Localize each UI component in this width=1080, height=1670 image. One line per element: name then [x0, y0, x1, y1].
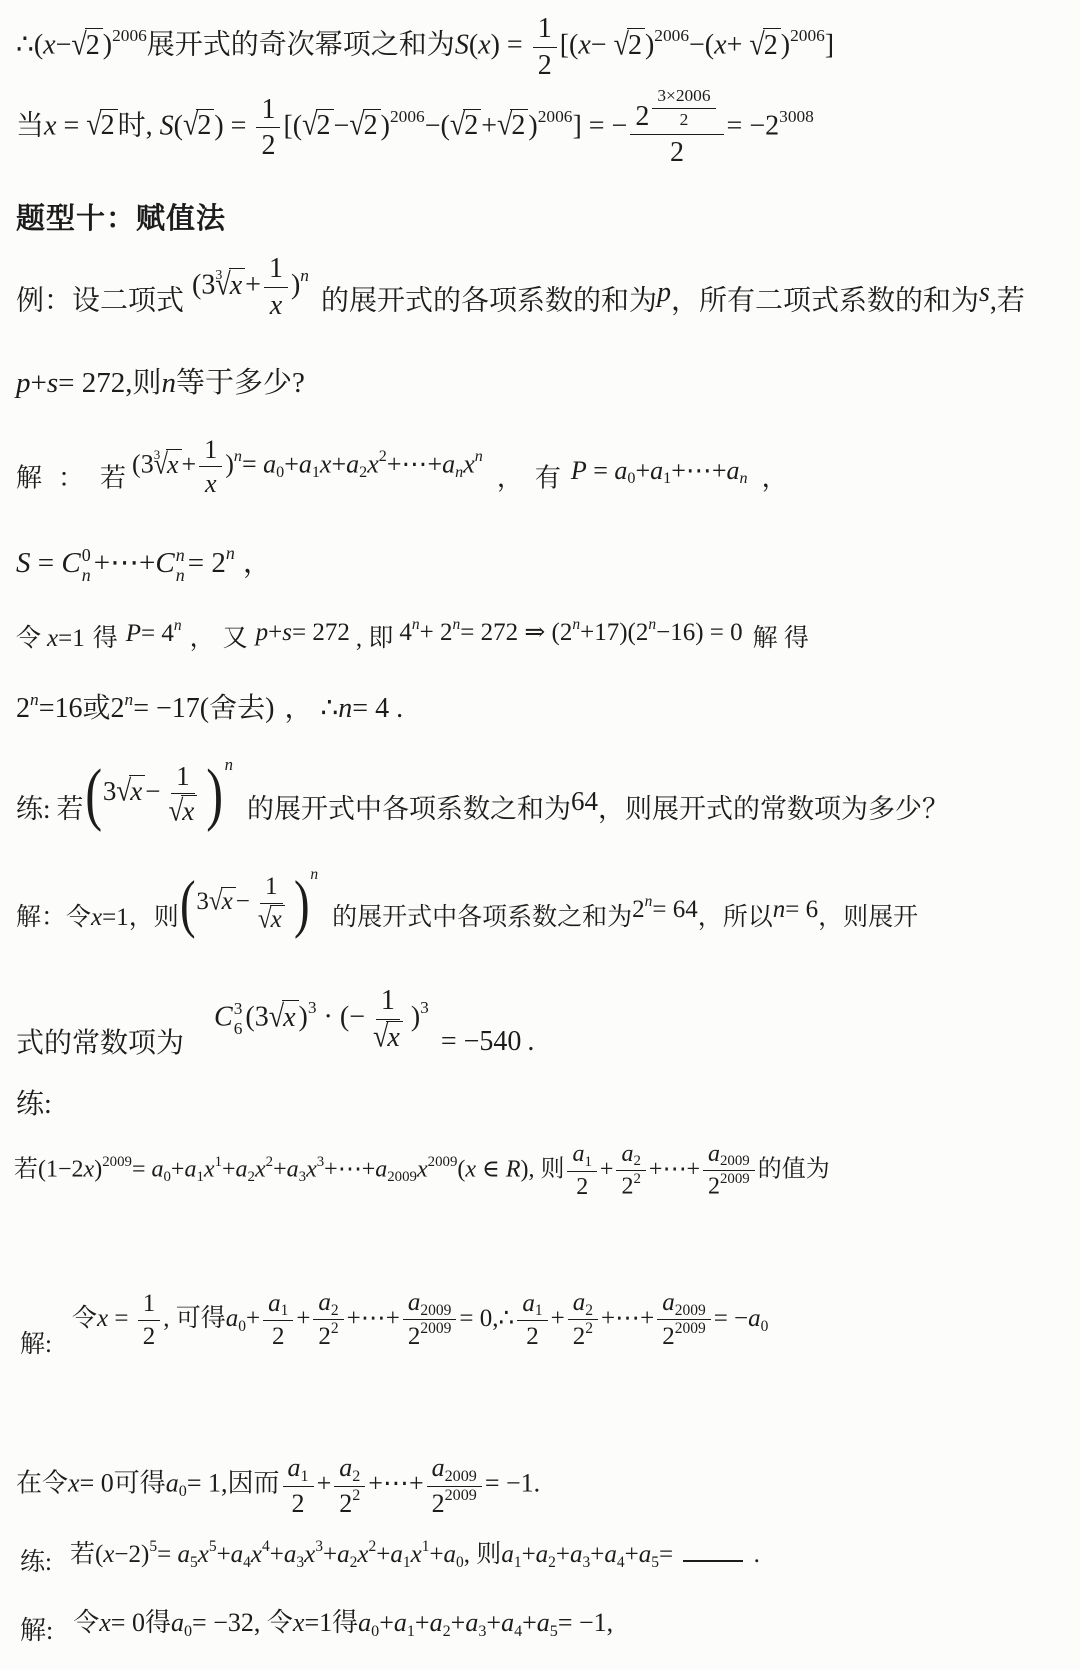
math-variable: a [522, 1290, 535, 1317]
superscript: 2 [331, 1321, 339, 1337]
math-run: 2 [86, 30, 100, 61]
math-run: = −1. [485, 1469, 540, 1498]
math-run: 3 [234, 999, 243, 1018]
math-variable: x [463, 450, 475, 479]
math-run: = [242, 450, 263, 479]
math-run: +⋯+ [368, 1469, 423, 1498]
math-variable: x [84, 1156, 95, 1182]
math-run: (3 [132, 450, 154, 479]
text-run: 因而 [227, 1469, 279, 1498]
subscript: 2 [585, 1303, 593, 1319]
math-run: ) [528, 110, 537, 141]
subscript: 1 [281, 1303, 289, 1319]
math-variable: x [68, 1469, 80, 1498]
text-run: ，所有二项式系数的和为 [671, 286, 979, 317]
radical: √2 [450, 109, 481, 142]
math-run: ) = [214, 110, 253, 141]
superscript: n [226, 544, 235, 562]
fraction: a200922009 [403, 1288, 457, 1352]
text-run: 当 [16, 110, 44, 141]
math-run: + [217, 1541, 231, 1568]
radical: √2 [349, 109, 380, 142]
radical: 3√x [215, 268, 245, 302]
subscript: 2 [331, 1303, 339, 1319]
text-run: ， [284, 693, 312, 724]
math-run: 1 [269, 253, 283, 284]
text-run: ， [497, 464, 523, 493]
math-variable: x [230, 270, 242, 301]
math-variable: n [648, 616, 656, 633]
text-run: 解 [16, 464, 42, 493]
math-variable: P [571, 456, 587, 485]
radical-sign: √ [269, 999, 284, 1035]
subscript: 1 [584, 1155, 591, 1170]
math-group: (33√x+1x)n [192, 252, 309, 322]
math-variable: a [287, 1156, 299, 1182]
subscript: 2009 [420, 1303, 451, 1319]
math-run: + [590, 1541, 604, 1568]
superscript: 3×20062 [649, 86, 718, 131]
radical: √x [373, 1021, 403, 1055]
math-run: +⋯+ [94, 547, 156, 579]
math-variable: n [234, 448, 242, 465]
math-run: 2 [101, 110, 115, 141]
math-run: 2 [670, 137, 684, 168]
radical-sign: √ [373, 1018, 388, 1056]
radical-index: 3 [215, 268, 222, 284]
math-variable: a [708, 1141, 720, 1167]
math-variable: a [614, 456, 627, 485]
subscript: 1 [196, 1170, 203, 1185]
radical-sign: √ [86, 108, 101, 144]
math-run: 2 [16, 693, 30, 724]
math-group: (3√x−1√x)n [84, 760, 233, 828]
line-substitute-sqrt2: 当x = √2时, S(√2) = 12[(√2−√2)2006−(√2+√2)… [16, 86, 814, 170]
math-run: + [551, 1305, 565, 1332]
math-run: ) [645, 30, 654, 61]
fraction: a222 [313, 1288, 343, 1352]
math-run: 2 [111, 693, 125, 724]
fraction: a200922009 [703, 1140, 755, 1202]
math-variable: x [387, 1022, 399, 1053]
math-run: 1 [381, 985, 395, 1016]
fraction: 1√x [253, 872, 290, 935]
math-variable: n [174, 617, 182, 634]
superscript: 2009 [720, 1172, 750, 1187]
math-variable: x [417, 1156, 428, 1182]
math-variable: n [475, 448, 483, 465]
superscript: n [648, 617, 656, 633]
subscript: 0 [238, 1319, 246, 1335]
subscript: 2 [248, 1170, 255, 1185]
superscript: n [475, 449, 483, 465]
math-run: + [600, 1156, 614, 1182]
radical: √2 [71, 28, 102, 61]
subscript: 2 [443, 1624, 451, 1640]
math-run: 2 [680, 110, 689, 129]
text-run: 解 得 [753, 625, 809, 652]
math-variable: n [740, 470, 748, 487]
math-run: =1 [304, 1608, 332, 1637]
math-run: 2 [318, 1323, 331, 1350]
math-run: , [356, 625, 369, 652]
math-variable: a [662, 1289, 675, 1316]
math-run: =16 [39, 693, 83, 724]
math-variable: C [155, 547, 174, 579]
math-run: ] [825, 30, 834, 61]
math-run: 2 [511, 110, 525, 141]
math-run: = [587, 456, 615, 485]
math-variable: x [47, 625, 58, 652]
fraction: a12 [517, 1289, 547, 1352]
math-run: , [146, 110, 160, 141]
text-run: 解: [20, 1331, 52, 1358]
radical: √x [116, 775, 145, 807]
text-run: 得 [332, 1608, 358, 1637]
text-run: 得 [93, 625, 118, 652]
math-run: 2 [408, 1323, 421, 1350]
math-run: ( [174, 110, 183, 141]
math-run: ) [781, 30, 790, 61]
math-variable: x [97, 1305, 108, 1332]
math-run: =1 [102, 904, 129, 931]
math-run: ∴ [320, 693, 338, 724]
math-variable: a [171, 1608, 184, 1637]
math-group: P = a0+a1+⋯+an [571, 456, 748, 488]
math-variable: a [339, 1453, 352, 1482]
math-run: + [429, 1541, 443, 1568]
stacked-scripts: nn [176, 545, 185, 586]
radical-sign: √ [497, 108, 512, 144]
math-variable: x [271, 906, 282, 933]
subscript: 1 [403, 1555, 411, 1571]
math-run: . [527, 1026, 534, 1057]
superscript: 2006 [538, 108, 573, 125]
subscript: n [455, 465, 463, 481]
math-variable: p [256, 619, 269, 646]
line-practice1-constant-term: 式的常数项为C36(3√x)3 · (−1√x)3= −540. [16, 996, 534, 1066]
math-variable: a [748, 1305, 761, 1332]
math-run: + [486, 1608, 501, 1637]
math-run: + [296, 1305, 310, 1332]
practice2-label-text: 练: [16, 1089, 52, 1120]
math-variable: x [103, 1541, 114, 1568]
math-run: ), [520, 1156, 540, 1182]
text-run: 的值为 [758, 1156, 830, 1182]
math-group: (3√x−1√x)n [179, 872, 318, 935]
subscript: 0 [371, 1624, 379, 1640]
math-variable: C [214, 1002, 233, 1033]
superscript: 2 [633, 1172, 640, 1187]
subscript: 2 [548, 1555, 556, 1571]
text-run: 令 [267, 1608, 293, 1637]
radical-sign: √ [302, 108, 317, 144]
text-run: ，则展开式的常数项为多少？ [598, 794, 949, 824]
subscript: 5 [190, 1555, 198, 1571]
radical: 3√x [154, 447, 182, 480]
text-run: 可得 [176, 1305, 226, 1332]
math-worksheet-page: ∴(x−√2)2006展开式的奇次幂项之和为S(x) = 12[(x− √2)2… [0, 0, 1080, 1670]
radical: √x [209, 887, 236, 916]
math-run: = 0 [111, 1608, 145, 1637]
math-run: 1 [143, 1290, 156, 1317]
math-variable: n [310, 866, 318, 883]
math-variable: x [293, 1608, 305, 1637]
math-group: n [310, 866, 318, 884]
math-variable: a [432, 1453, 445, 1482]
math-run: · (− [317, 1002, 365, 1033]
math-variable: a [536, 1541, 549, 1568]
subscript: 1 [407, 1624, 415, 1640]
text-run: ， [243, 547, 272, 579]
fraction: a12 [263, 1289, 293, 1352]
math-run: = 0 [80, 1469, 114, 1498]
math-run: − [334, 110, 350, 141]
line-practice2-solution: 解:令x = 12, 可得a0+a12+a222+⋯+a200922009= 0… [20, 1288, 768, 1352]
superscript: 1 [215, 1155, 222, 1170]
math-run: 2 [261, 130, 275, 161]
math-run: , [163, 1305, 176, 1332]
superscript: n [572, 617, 580, 633]
subscript: 1 [514, 1555, 522, 1571]
math-run: 1 [204, 435, 217, 464]
math-variable: a [231, 1541, 244, 1568]
math-run: = 2 [188, 547, 226, 579]
math-run: (3 [192, 270, 215, 301]
math-run: 1 [265, 873, 278, 900]
math-run: + [182, 450, 197, 479]
math-group: 64 [571, 786, 598, 817]
math-variable: x [130, 776, 142, 806]
math-run: + [376, 1541, 390, 1568]
math-variable: a [408, 1289, 421, 1316]
math-run: = 6 [785, 896, 818, 923]
math-variable: a [572, 1141, 584, 1167]
math-variable: n [338, 693, 352, 724]
line-solution-s-formula: S = C0n+⋯+Cnn= 2n， [16, 540, 272, 586]
text-run: 令 [73, 1608, 99, 1637]
superscript: 4 [262, 1539, 270, 1555]
math-group: n= 6 [773, 896, 818, 924]
subscript: 2009 [675, 1303, 706, 1319]
math-variable: R [506, 1156, 521, 1182]
math-run: − [236, 888, 250, 915]
math-variable: n [455, 464, 463, 481]
math-variable: a [390, 1541, 403, 1568]
subscript: 5 [651, 1555, 659, 1571]
math-variable: a [639, 1541, 652, 1568]
text-run: 即 [368, 625, 393, 652]
math-group: 2n= 64 [632, 894, 698, 924]
math-run: ] = − [572, 110, 627, 141]
math-variable: x [44, 110, 56, 141]
math-run: + [31, 367, 47, 399]
text-run: 的展开式中各项系数之和为 [332, 904, 632, 931]
math-variable: p [657, 277, 671, 308]
radical: √2 [497, 109, 528, 142]
line-practice2-problem: 若(1−2x)2009= a0+a1x1+a2x2+a3x3+⋯+a2009x2… [14, 1140, 830, 1202]
math-variable: a [604, 1541, 617, 1568]
line-solution-substitute-x1: 令x=1得P= 4n，又p+s= 272, 即4n+ 2n= 272 ⇒ (2n… [16, 618, 809, 654]
math-variable: a [288, 1453, 301, 1482]
fraction: a222 [616, 1140, 645, 1202]
text-run: 在令 [16, 1469, 68, 1498]
math-run: ) = [491, 30, 530, 61]
math-variable: x [251, 1541, 262, 1568]
radical-sign: √ [450, 108, 465, 144]
math-variable: a [501, 1541, 514, 1568]
math-run: (3 [245, 1002, 268, 1033]
math-variable: S [455, 30, 469, 61]
math-group: 式的常数项为 [16, 1021, 184, 1061]
subscript: 2 [352, 1469, 360, 1485]
math-variable: S [16, 547, 31, 579]
text-run: 的展开式的各项系数的和为 [321, 286, 657, 317]
math-run: + [727, 30, 750, 61]
text-run: 解: [20, 1616, 53, 1645]
fraction: 1√x [368, 984, 408, 1054]
math-run: 2 [621, 1174, 633, 1200]
math-variable: a [346, 450, 359, 479]
math-run: 2 [292, 1489, 305, 1518]
math-run: 2 [632, 896, 645, 923]
radical: √2 [749, 28, 780, 61]
subscript: 2009 [720, 1154, 750, 1169]
fraction: a200922009 [657, 1288, 711, 1352]
math-run: 1 [538, 13, 552, 44]
subscript: 2009 [445, 1469, 477, 1485]
math-variable: n [176, 545, 185, 565]
math-variable: a [284, 1541, 297, 1568]
math-run: + [268, 619, 282, 646]
math-run: 2 [272, 1323, 285, 1350]
subscript: 0 [163, 1170, 170, 1185]
math-run: + [522, 1541, 536, 1568]
text-run: 令 [16, 625, 41, 652]
text-run: ， [190, 625, 215, 652]
math-variable: n [125, 690, 134, 709]
math-variable: a [573, 1289, 586, 1316]
text-run: 可得 [114, 1469, 166, 1498]
line-example-problem-question: p+s= 272,则n等于多少? [16, 360, 305, 401]
math-variable: s [47, 367, 58, 399]
fraction: 1√x [163, 760, 202, 828]
math-run: = 1, [187, 1469, 228, 1498]
superscript: 2 [352, 1488, 360, 1504]
text-run: 则 [476, 1541, 501, 1568]
math-variable: s [282, 619, 292, 646]
math-variable: n [300, 266, 309, 285]
superscript: 5 [149, 1539, 157, 1555]
math-run: ) [299, 1002, 308, 1033]
math-run: + [522, 1608, 537, 1637]
math-variable: x [255, 1156, 266, 1182]
line-practice3-solution: 解:令x= 0得a0= −32, 令x=1得a0+a1+a2+a3+a4+a5=… [20, 1602, 613, 1640]
math-run: + [481, 110, 497, 141]
math-group: s [979, 277, 990, 309]
text-run: 若 [14, 1156, 38, 1182]
fraction: a222 [334, 1452, 365, 1519]
math-run: 2 [635, 101, 649, 132]
math-variable: a [501, 1608, 514, 1637]
math-variable: a [621, 1141, 633, 1167]
subscript: 4 [243, 1555, 251, 1571]
math-run: + [415, 1608, 430, 1637]
math-group: 解: [20, 1610, 53, 1647]
math-run: ( [469, 30, 478, 61]
math-run: + [379, 1608, 394, 1637]
superscript: 2006 [654, 27, 689, 44]
fraction: 3×20062 [652, 86, 715, 131]
math-group: p+s= 272 [256, 619, 350, 647]
math-run: = [659, 1541, 679, 1568]
text-run: 令 [72, 1305, 97, 1332]
math-run: 2 [197, 110, 211, 141]
math-run: [( [560, 30, 579, 61]
fraction: 1x [199, 434, 222, 499]
math-run: 2 [364, 110, 378, 141]
math-variable: a [151, 1156, 163, 1182]
text-run: 解：令 [16, 904, 91, 931]
math-variable: n [162, 367, 177, 399]
math-variable: n [773, 896, 786, 923]
text-run: 得 [145, 1608, 171, 1637]
subscript: 0 [179, 1484, 187, 1500]
fraction: 23×200622 [630, 86, 723, 170]
radical-sign: √ [349, 108, 364, 144]
subscript: 2009 [387, 1170, 417, 1185]
math-variable: a [268, 1290, 281, 1317]
math-run: ) [265, 693, 274, 724]
math-run: + [270, 1541, 284, 1568]
math-run: 3 [103, 776, 117, 806]
math-run: = [31, 547, 62, 579]
math-variable: x [182, 796, 194, 826]
math-run: + [635, 456, 650, 485]
math-run: 2 [464, 110, 478, 141]
math-run: 2 [526, 1323, 539, 1350]
math-run: +17)(2 [580, 619, 648, 646]
math-run: −2) [114, 1541, 149, 1568]
subscript: n [740, 471, 748, 487]
radical-sign: √ [209, 886, 223, 917]
subscript: 0 [456, 1555, 464, 1571]
math-run: = − [714, 1305, 748, 1332]
math-run: ) [381, 110, 390, 141]
text-run: ,则 [125, 367, 161, 399]
math-variable: a [727, 456, 740, 485]
math-variable: n [453, 616, 461, 633]
text-run: 舍去 [209, 693, 265, 724]
math-run: − [591, 30, 614, 61]
math-variable: a [337, 1541, 350, 1568]
math-variable: a [430, 1608, 443, 1637]
text-run: 则 [540, 1156, 564, 1182]
math-run: − [145, 776, 160, 806]
stacked-scripts: 0n [82, 545, 91, 586]
math-group: = −540. [441, 1026, 535, 1058]
math-variable: n [226, 543, 235, 563]
math-variable: a [184, 1156, 196, 1182]
math-run: + [222, 1156, 236, 1182]
math-run: = −540 [441, 1026, 522, 1057]
math-run: − [56, 30, 72, 61]
math-run: 2 [143, 1323, 156, 1350]
superscript: 2009 [102, 1155, 132, 1170]
radical-index: 3 [154, 447, 161, 463]
subscript: 1 [301, 1469, 309, 1485]
math-run: 2 [339, 1489, 352, 1518]
